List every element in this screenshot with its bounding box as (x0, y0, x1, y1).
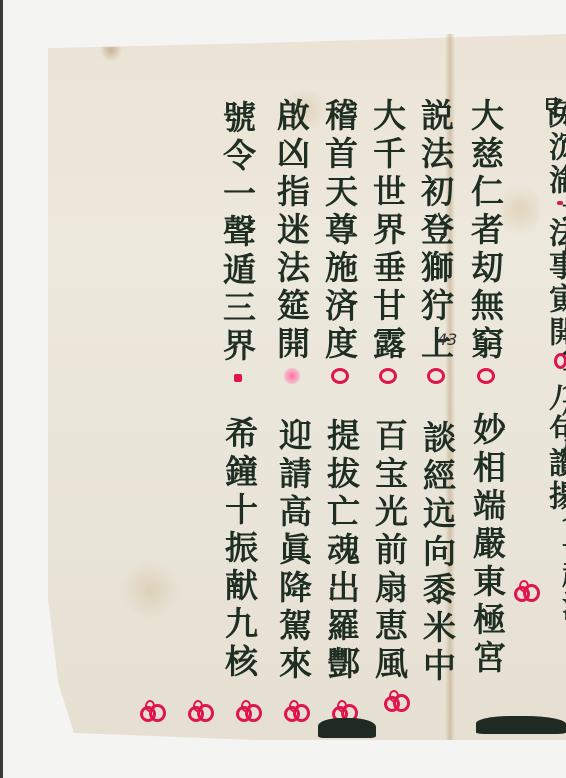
ink-blot (318, 718, 376, 738)
punctuation-circle (554, 353, 566, 369)
punctuation-knot (384, 690, 410, 712)
column-text: 號令一聲遁三界 (221, 100, 254, 366)
column-6-upper: 號令一聲遁三界 (122, 100, 353, 382)
punctuation-knot (188, 700, 214, 722)
page-number: 43 (437, 330, 457, 349)
punctuation-knot (514, 580, 540, 602)
right-column-2: 免沉淪 法事寅開 八句讚揚 (500, 98, 566, 513)
column-text-segment: 免沉淪 (545, 98, 566, 197)
column-text: 希鐘十振献九核 (223, 416, 256, 682)
scan-border (0, 0, 3, 778)
column-text-segment: 法事寅開 (545, 217, 566, 349)
column-6-lower: 希鐘十振献九核 (124, 416, 355, 682)
ink-blot (476, 716, 566, 734)
punctuation-knot (284, 700, 310, 722)
column-text-segment: 八句讚揚 (545, 381, 566, 513)
punctuation-dot (557, 201, 563, 205)
punctuation-dot (234, 374, 242, 382)
punctuation-knot (140, 700, 166, 722)
punctuation-knot (236, 700, 262, 722)
